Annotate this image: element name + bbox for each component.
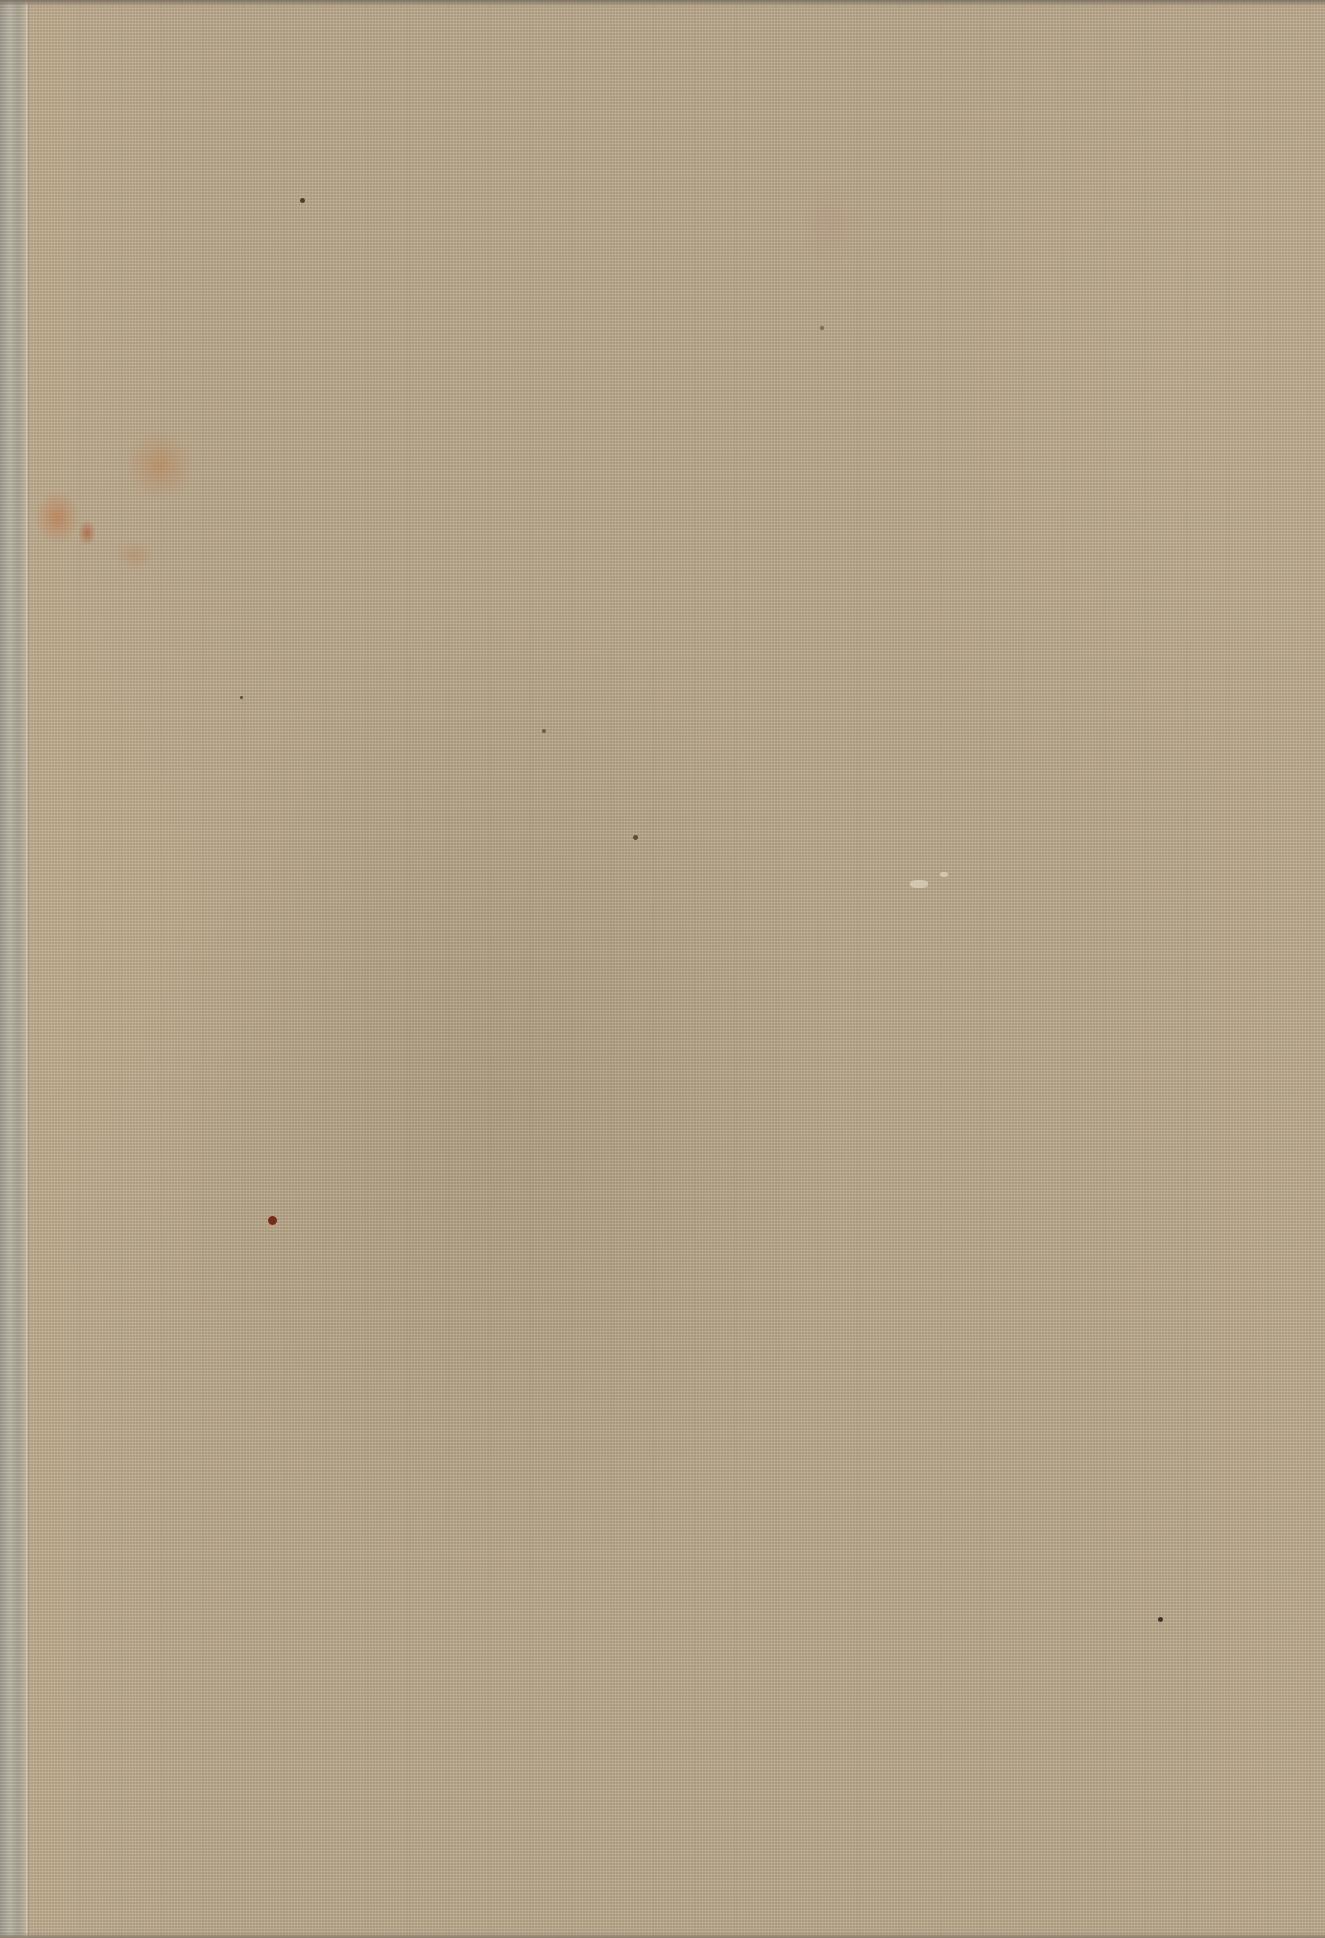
spine-hinge-strip (0, 0, 28, 1938)
stain-mark (800, 180, 860, 270)
speck-mark (268, 1216, 277, 1225)
speck-mark (240, 696, 243, 699)
speck-mark (542, 729, 546, 733)
book-cover (0, 0, 1325, 1938)
hinge-crease (26, 0, 29, 1938)
speck-mark (633, 835, 638, 840)
top-edge-shadow (0, 0, 1325, 6)
bottom-edge-shadow (0, 1933, 1325, 1938)
stain-mark (115, 540, 155, 570)
stain-mark (78, 520, 96, 546)
speck-mark (1158, 1617, 1163, 1622)
stain-mark (125, 430, 195, 500)
scuff-mark (940, 872, 948, 877)
stain-mark (35, 490, 80, 545)
cloth-tone-variation (0, 0, 1325, 1938)
speck-mark (300, 198, 305, 203)
scuff-mark (910, 880, 928, 888)
speck-mark (820, 326, 824, 330)
linen-weave-texture (0, 0, 1325, 1938)
